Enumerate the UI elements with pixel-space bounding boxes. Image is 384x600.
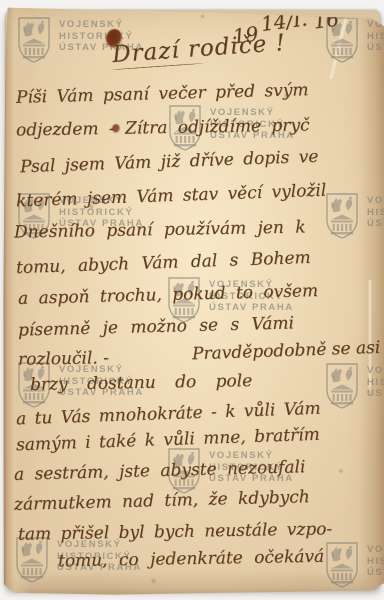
watermark: VOJENSKÝHISTORICKÝÚSTAV PRAHA bbox=[324, 362, 384, 410]
watermark-line: ÚSTAV PRAHA bbox=[367, 218, 384, 230]
letter-line: kterém jsem Vám stav věcí vyložil bbox=[16, 181, 327, 212]
letter-page: VOJENSKÝHISTORICKÝÚSTAV PRAHA VOJENSKÝHI… bbox=[0, 0, 384, 600]
watermark-line: VOJENSKÝ bbox=[367, 19, 384, 31]
letter-line: tomu, co jedenkráte očekává bbox=[58, 547, 324, 572]
watermark-text: VOJENSKÝHISTORICKÝÚSTAV PRAHA bbox=[367, 19, 384, 54]
watermark-text: VOJENSKÝHISTORICKÝÚSTAV PRAHA bbox=[367, 195, 384, 230]
vhu-coat-of-arms-icon bbox=[16, 16, 52, 64]
vhu-coat-of-arms-icon bbox=[324, 541, 360, 589]
watermark-line: ÚSTAV PRAHA bbox=[367, 567, 384, 579]
paper-stain bbox=[283, 93, 289, 99]
paper-stain bbox=[338, 468, 344, 474]
vhu-coat-of-arms-icon bbox=[324, 362, 360, 410]
letter-line: tomu, abych Vám dal s Bohem bbox=[16, 248, 311, 278]
letter-line: Psal jsem Vám již dříve dopis ve bbox=[20, 147, 319, 177]
paper-stain bbox=[200, 14, 205, 19]
paper-stain bbox=[88, 203, 95, 210]
watermark: VOJENSKÝHISTORICKÝÚSTAV PRAHA bbox=[324, 192, 384, 240]
letter-line: písemně je možno se s Vámi bbox=[18, 313, 294, 340]
watermark-line: ÚSTAV PRAHA bbox=[209, 302, 294, 314]
watermark-line: VOJENSKÝ bbox=[367, 195, 384, 207]
watermark: VOJENSKÝHISTORICKÝÚSTAV PRAHA bbox=[324, 541, 384, 589]
letter-line: brzy dostanu do pole bbox=[30, 371, 253, 395]
letter-line: Dnešního psaní používám jen k bbox=[14, 217, 306, 242]
watermark-line: HISTORICKÝ bbox=[367, 31, 384, 43]
watermark-text: VOJENSKÝHISTORICKÝÚSTAV PRAHA bbox=[367, 365, 384, 400]
ink-blot-small bbox=[112, 124, 120, 133]
letter-line: Pravděpodobně se asi bbox=[192, 338, 381, 365]
watermark-line: VOJENSKÝ bbox=[367, 544, 384, 556]
letter-scan: VOJENSKÝHISTORICKÝÚSTAV PRAHA VOJENSKÝHI… bbox=[0, 0, 384, 600]
watermark-line: VOJENSKÝ bbox=[59, 19, 144, 31]
watermark-line: ÚSTAV PRAHA bbox=[367, 388, 384, 400]
vhu-coat-of-arms-icon bbox=[324, 192, 360, 240]
paper-stain bbox=[150, 578, 157, 584]
watermark-line: ÚSTAV PRAHA bbox=[367, 42, 384, 54]
letter-line: zármutkem nad tím, že kdybych bbox=[14, 487, 310, 515]
watermark-line: HISTORICKÝ bbox=[367, 556, 384, 568]
paper-stain bbox=[58, 300, 63, 305]
watermark-line: HISTORICKÝ bbox=[367, 377, 384, 389]
watermark-line: HISTORICKÝ bbox=[367, 207, 384, 219]
watermark-text: VOJENSKÝHISTORICKÝÚSTAV PRAHA bbox=[367, 544, 384, 579]
letter-line: tam přišel byl bych neustále vzpo- bbox=[18, 519, 333, 544]
letter-line: rozloučil. - bbox=[18, 348, 109, 370]
watermark-line: VOJENSKÝ bbox=[367, 365, 384, 377]
